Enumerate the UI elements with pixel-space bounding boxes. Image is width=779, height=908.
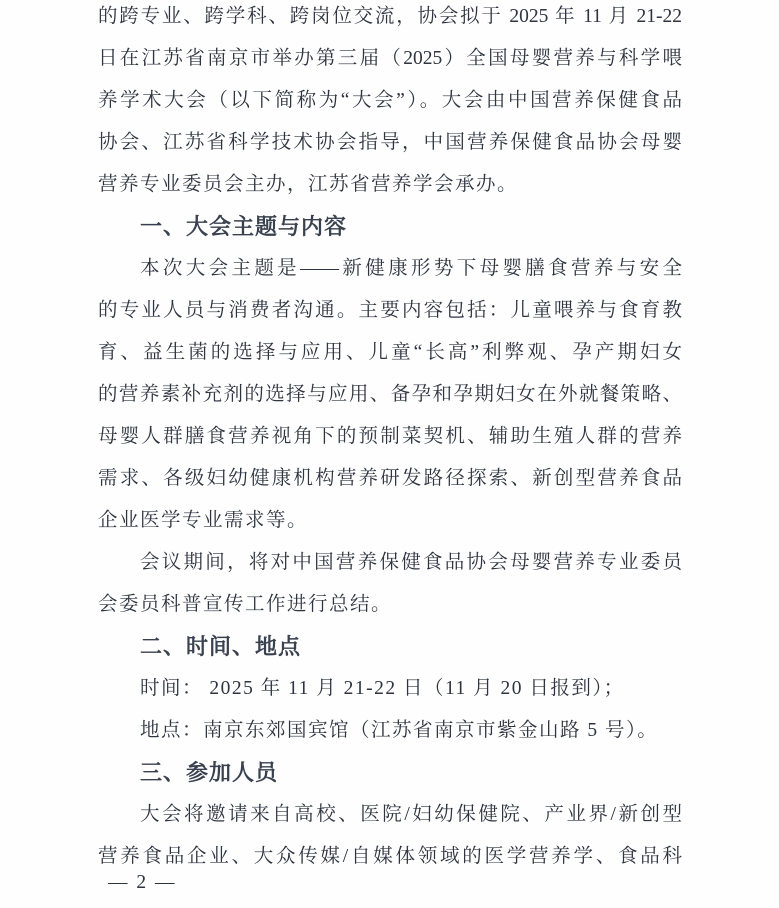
text-line: 的营养素补充剂的选择与应用、备孕和孕期妇女在外就餐策略、: [98, 374, 682, 416]
text-line: 会议期间，将对中国营养保健食品协会母婴营养专业委员: [98, 542, 682, 584]
text-line: 养学术大会（以下简称为“大会”）。大会由中国营养保健食品: [98, 80, 682, 122]
text-block: 的跨专业、跨学科、跨岗位交流，协会拟于 2025 年 11 月 21-22日在江…: [98, 0, 682, 878]
text-line: 协会、江苏省科学技术协会指导，中国营养保健食品协会母婴: [98, 122, 682, 164]
page-number: — 2 —: [108, 862, 177, 904]
text-line: 营养食品企业、大众传媒/自媒体领域的医学营养学、食品科: [98, 836, 682, 878]
text-line: 的专业人员与消费者沟通。主要内容包括：儿童喂养与食育教: [98, 290, 682, 332]
section-heading: 一、大会主题与内容: [98, 206, 682, 248]
text-line: 需求、各级妇幼健康机构营养研发路径探索、新创型营养食品: [98, 458, 682, 500]
text-line: 会委员科普宣传工作进行总结。: [98, 584, 682, 626]
text-line: 时间： 2025 年 11 月 21-22 日（11 月 20 日报到）；: [98, 668, 682, 710]
text-line: 的跨专业、跨学科、跨岗位交流，协会拟于 2025 年 11 月 21-22: [98, 0, 682, 38]
section-heading: 三、参加人员: [98, 752, 682, 794]
section-heading: 二、时间、地点: [98, 626, 682, 668]
text-line: 地点：南京东郊国宾馆（江苏省南京市紫金山路 5 号）。: [98, 710, 682, 752]
text-line: 大会将邀请来自高校、医院/妇幼保健院、产业界/新创型: [98, 794, 682, 836]
text-line: 日在江苏省南京市举办第三届（2025）全国母婴营养与科学喂: [98, 38, 682, 80]
text-line: 企业医学专业需求等。: [98, 500, 682, 542]
text-line: 母婴人群膳食营养视角下的预制菜契机、辅助生殖人群的营养: [98, 416, 682, 458]
text-line: 营养专业委员会主办，江苏省营养学会承办。: [98, 164, 682, 206]
text-line: 育、益生菌的选择与应用、儿童“长高”利弊观、孕产期妇女: [98, 332, 682, 374]
text-line: 本次大会主题是——新健康形势下母婴膳食营养与安全: [98, 248, 682, 290]
document-page: 的跨专业、跨学科、跨岗位交流，协会拟于 2025 年 11 月 21-22日在江…: [0, 0, 779, 908]
